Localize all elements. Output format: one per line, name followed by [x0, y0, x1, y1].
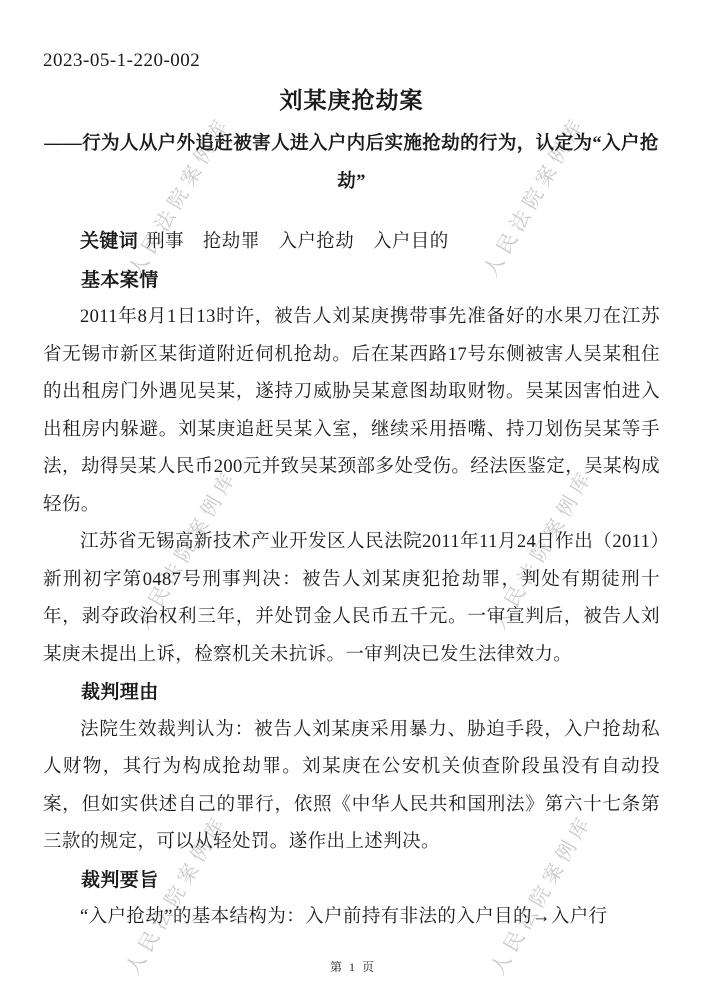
- case-number: 2023-05-1-220-002: [43, 48, 660, 74]
- section-heading-judgment-reasons: 裁判理由: [43, 674, 660, 712]
- paragraph: 2011年8月1日13时许，被告人刘某庚携带事先准备好的水果刀在江苏省无锡市新区…: [43, 299, 660, 524]
- paragraph: “入户抢劫”的基本结构为：入户前持有非法的入户目的→入户行: [43, 899, 660, 937]
- keywords-terms: 刑事 抢劫罪 入户抢劫 入户目的: [146, 232, 448, 252]
- section-heading-judgment-gist: 裁判要旨: [43, 862, 660, 900]
- document-content: 2023-05-1-220-002 刘某庚抢劫案 ——行为人从户外追赶被害人进入…: [0, 0, 706, 999]
- paragraph: 法院生效裁判认为：被告人刘某庚采用暴力、胁迫手段，入户抢劫私人财物，其行为构成抢…: [43, 712, 660, 862]
- section-heading-basic-facts: 基本案情: [43, 262, 660, 300]
- keywords-label: 关键词: [80, 231, 138, 252]
- document-subtitle: ——行为人从户外追赶被害人进入户内后实施抢劫的行为，认定为“入户抢劫”: [43, 126, 660, 201]
- keywords-line: 关键词刑事 抢劫罪 入户抢劫 入户目的: [43, 223, 660, 262]
- paragraph: 江苏省无锡高新技术产业开发区人民法院2011年11月24日作出（2011）新刑初…: [43, 524, 660, 674]
- document-title: 刘某庚抢劫案: [43, 86, 660, 116]
- document-page: 人民法院案例库 人民法院案例库 人民法院案例库 人民法院案例库 人民法院案例库 …: [0, 0, 706, 999]
